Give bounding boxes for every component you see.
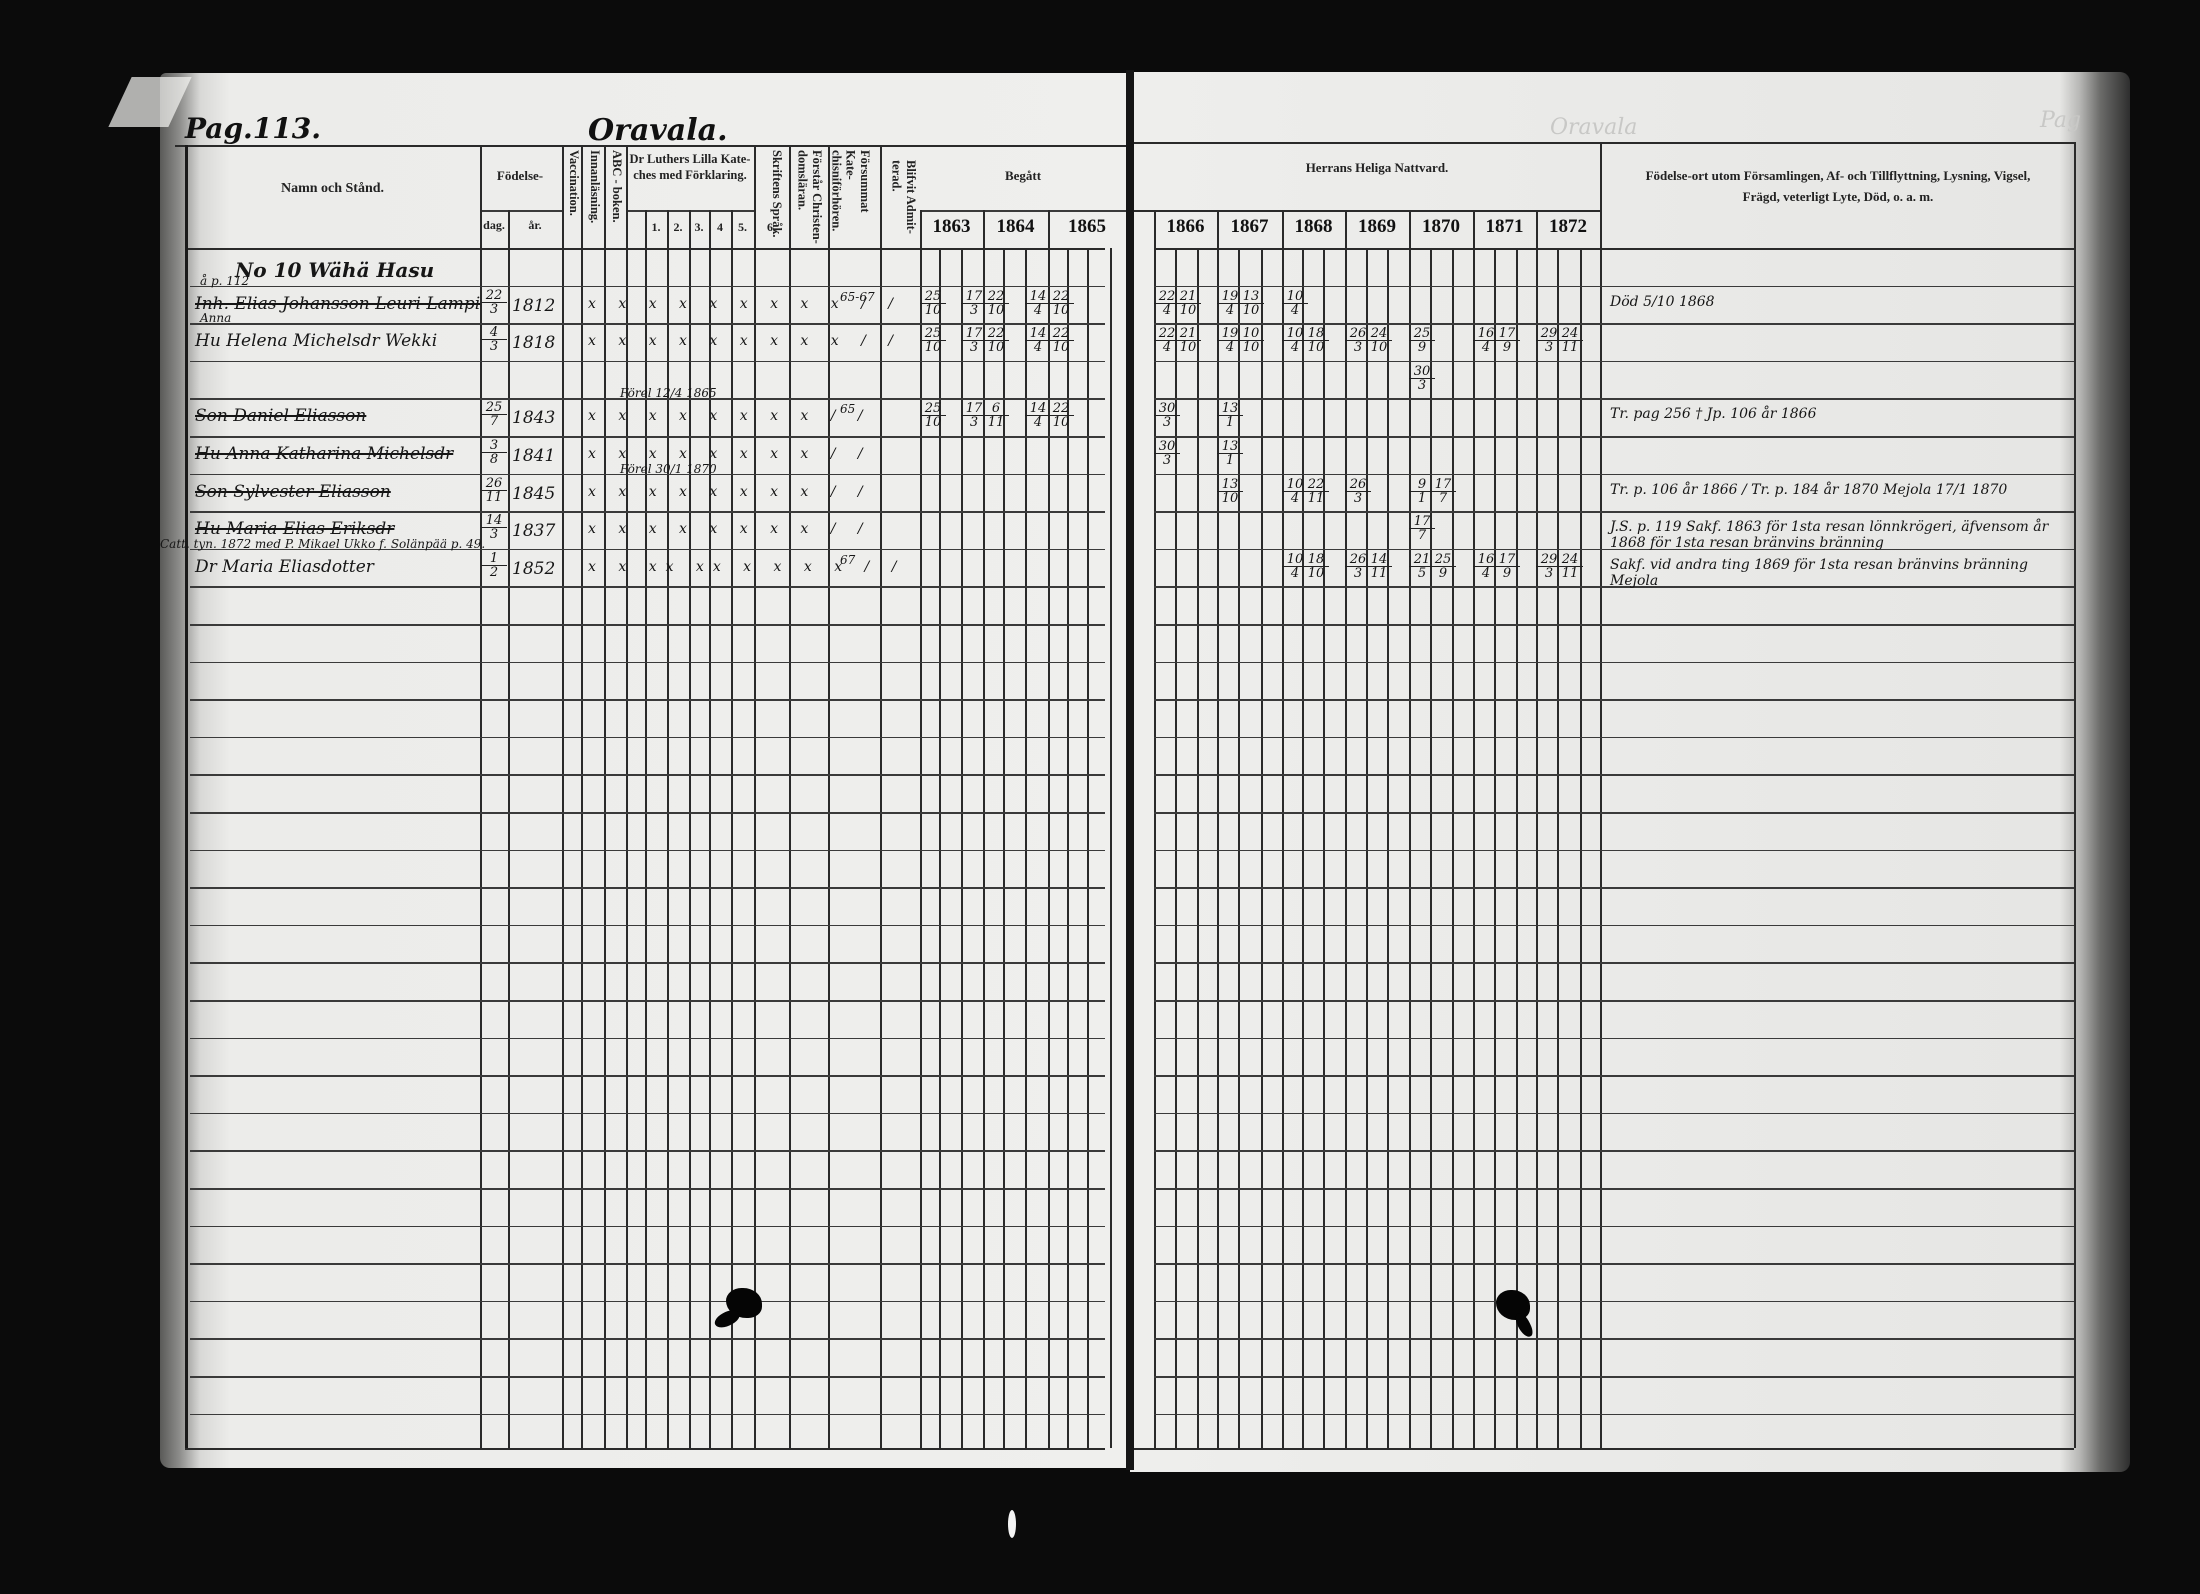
day: 26	[1345, 478, 1371, 492]
year-1870: 1870	[1409, 216, 1473, 238]
column-line	[1557, 248, 1559, 1448]
year-1866: 1866	[1154, 216, 1217, 238]
row-line	[1154, 511, 2074, 513]
header-innanlasning: Innanläsning.	[584, 150, 602, 245]
month: 1	[1217, 454, 1243, 467]
communion-date: 2210	[1048, 290, 1074, 317]
communion-date: 1010	[1238, 327, 1264, 354]
column-line	[1516, 248, 1518, 1448]
day: 14	[1366, 553, 1392, 567]
denominator: 3	[481, 340, 507, 353]
row-line	[1154, 1150, 2074, 1152]
day: 17	[1494, 327, 1520, 341]
month: 9	[1409, 341, 1435, 354]
row-line	[1154, 850, 2074, 852]
month: 10	[1303, 567, 1329, 580]
year-1863: 1863	[920, 216, 983, 238]
row-line	[190, 850, 1105, 852]
luther-col-3: 3.	[689, 220, 709, 235]
household-name: No 10 Wähä Hasu	[235, 258, 434, 282]
day: 22	[1048, 402, 1074, 416]
forsummat-years: 65-67	[840, 290, 875, 304]
column-line	[185, 145, 188, 1448]
communion-date: 1310	[1238, 290, 1264, 317]
header-skriftens: Skriftens Språk.	[762, 150, 784, 245]
communion-date: 611	[983, 402, 1009, 429]
column-line	[1110, 248, 1112, 1448]
column-line	[1494, 248, 1496, 1448]
header-birth: Födelse-	[480, 168, 560, 184]
bleed-through-text: Pag	[2040, 108, 2081, 133]
communion-date: 303	[1409, 365, 1435, 392]
communion-date: 1411	[1366, 553, 1392, 580]
row-line	[190, 1376, 1105, 1378]
day: 30	[1154, 440, 1180, 454]
birth-day: 2611	[481, 477, 507, 504]
day: 21	[1175, 327, 1201, 341]
day: 6	[983, 402, 1009, 416]
day: 22	[1048, 327, 1074, 341]
birth-year: 1812	[512, 296, 555, 316]
day: 25	[920, 402, 946, 416]
day: 10	[1238, 327, 1264, 341]
row-line	[1154, 1038, 2074, 1040]
column-line	[1197, 248, 1199, 1448]
numerator: 26	[481, 477, 507, 491]
birth-day: 223	[481, 289, 507, 316]
header-top-rule	[175, 145, 1126, 147]
column-line	[1387, 248, 1389, 1448]
day: 17	[1430, 478, 1456, 492]
column-line	[1087, 248, 1089, 1448]
row-line	[190, 1338, 1105, 1340]
year-1867: 1867	[1217, 216, 1282, 238]
day: 22	[983, 327, 1009, 341]
month: 3	[1154, 416, 1180, 429]
column-line	[1323, 248, 1325, 1448]
communion-date: 303	[1154, 440, 1180, 467]
communion-date: 131	[1217, 402, 1243, 429]
bleed-through-text: Oravala	[1550, 115, 1637, 140]
year-1869: 1869	[1345, 216, 1409, 238]
person-name: Son Daniel Eliasson	[195, 406, 366, 426]
communion-date: 2411	[1557, 553, 1583, 580]
birth-day: 43	[481, 326, 507, 353]
header-nattvard: Herrans Heliga Nattvard.	[1154, 160, 1600, 176]
catechism-marks: x x x x x x x x x / /	[588, 333, 902, 349]
row-line	[1154, 361, 2074, 363]
person-annotation: Förel 12/4 1865	[620, 386, 717, 400]
month: 9	[1494, 341, 1520, 354]
year-1871: 1871	[1473, 216, 1536, 238]
numerator: 3	[481, 439, 507, 453]
row-line	[190, 323, 1105, 325]
person-note: Tr. pag 256 † Jp. 106 år 1866	[1610, 406, 2070, 422]
month: 9	[1430, 567, 1456, 580]
denominator: 11	[481, 491, 507, 504]
communion-date: 303	[1154, 402, 1180, 429]
month: 10	[1175, 304, 1201, 317]
row-line	[190, 699, 1105, 701]
numerator: 1	[481, 552, 507, 566]
birth-subrule	[480, 210, 562, 212]
month: 10	[1303, 341, 1329, 354]
person-name: Son Sylvester Eliasson	[195, 482, 391, 502]
row-line	[190, 1301, 1105, 1303]
numerator: 14	[481, 514, 507, 528]
person-name: Dr Maria Eliasdotter	[195, 557, 374, 577]
communion-date: 177	[1430, 478, 1456, 505]
day: 18	[1303, 553, 1329, 567]
month: 10	[1175, 341, 1201, 354]
month: 10	[1048, 416, 1074, 429]
column-line	[1302, 248, 1304, 1448]
luther-col-2: 2.	[667, 220, 689, 235]
year-top-rule	[1134, 210, 1600, 212]
row-line	[190, 1075, 1105, 1077]
year-1865: 1865	[1048, 216, 1126, 238]
row-line	[1154, 436, 2074, 438]
row-line	[190, 812, 1105, 814]
communion-date: 2211	[1303, 478, 1329, 505]
row-line	[190, 286, 1105, 288]
row-line	[1154, 1376, 2074, 1378]
day: 25	[920, 327, 946, 341]
year-subrule	[920, 210, 1126, 212]
year-1864: 1864	[983, 216, 1048, 238]
month: 10	[1217, 492, 1243, 505]
row-line	[190, 925, 1105, 927]
day: 17	[1409, 515, 1435, 529]
row-line	[190, 1000, 1105, 1002]
row-line	[190, 1038, 1105, 1040]
denominator: 7	[481, 415, 507, 428]
communion-date: 131	[1217, 440, 1243, 467]
row-line	[190, 1150, 1105, 1152]
table-bottom-rule	[185, 1448, 1105, 1450]
notes-divider	[1600, 142, 1602, 1448]
birth-year: 1837	[512, 521, 555, 541]
day: 25	[920, 290, 946, 304]
month: 11	[1557, 567, 1583, 580]
book-spine	[1126, 70, 1134, 1470]
communion-date: 179	[1494, 327, 1520, 354]
row-line	[1154, 812, 2074, 814]
month: 11	[1366, 567, 1392, 580]
birth-year: 1841	[512, 446, 555, 466]
header-luther: Dr Luthers Lilla Kate- ches med Förklari…	[626, 152, 754, 183]
column-line	[562, 145, 564, 1448]
communion-date: 263	[1345, 478, 1371, 505]
catechism-marks: x x x x x x x x / /	[588, 446, 872, 462]
luther-col-5: 5.	[731, 220, 754, 235]
communion-date: 2410	[1366, 327, 1392, 354]
row-line	[1154, 1188, 2074, 1190]
numerator: 25	[481, 401, 507, 415]
header-abc: ABC - boken.	[606, 150, 624, 245]
row-line	[1154, 1301, 2074, 1303]
communion-date: 104	[1282, 290, 1308, 317]
communion-date: 2210	[1048, 327, 1074, 354]
header-forsummat: Försummat Kate- chisniförhören.	[836, 150, 872, 245]
row-line	[1154, 887, 2074, 889]
header-notes: Födelse-ort utom Församlingen, Af- och T…	[1602, 166, 2074, 208]
person-name: Hu Anna Katharina Michelsdr	[195, 444, 453, 464]
communion-date: 179	[1494, 553, 1520, 580]
person-name: Hu Helena Michelsdr Wekki	[195, 331, 437, 351]
denominator: 2	[481, 566, 507, 579]
month: 10	[983, 304, 1009, 317]
month: 4	[1282, 304, 1308, 317]
column-line	[2074, 142, 2076, 1448]
numerator: 4	[481, 326, 507, 340]
day: 13	[1217, 440, 1243, 454]
row-line	[190, 662, 1105, 664]
birth-year: 1818	[512, 333, 555, 353]
header-begatt: Begått	[920, 168, 1126, 184]
row-line	[190, 1188, 1105, 1190]
month: 1	[1217, 416, 1243, 429]
row-line	[190, 1414, 1105, 1416]
communion-date: 2110	[1175, 290, 1201, 317]
row-line	[1154, 474, 2074, 476]
row-line	[190, 436, 1105, 438]
right-page	[1130, 72, 2130, 1472]
person-annotation: å p. 112	[200, 274, 249, 288]
row-line	[1154, 398, 2074, 400]
row-line	[1154, 962, 2074, 964]
day: 10	[1282, 290, 1308, 304]
month: 7	[1409, 529, 1435, 542]
row-line	[1154, 624, 2074, 626]
day: 24	[1557, 553, 1583, 567]
month: 10	[1366, 341, 1392, 354]
communion-date: 2411	[1557, 327, 1583, 354]
month: 10	[920, 341, 946, 354]
catechism-marks: x x x x x x x x / /	[588, 521, 872, 537]
day: 13	[1238, 290, 1264, 304]
year-1872: 1872	[1536, 216, 1600, 238]
year-1868: 1868	[1282, 216, 1345, 238]
parish-title: Oravala.	[588, 113, 728, 148]
luther-col-1: 1.	[645, 220, 667, 235]
communion-date: 2110	[1175, 327, 1201, 354]
scan-artifact	[1008, 1510, 1016, 1538]
table-bottom-rule	[1134, 1448, 2074, 1450]
header-vaccination: Vaccination.	[563, 150, 581, 245]
day: 24	[1366, 327, 1392, 341]
person-note: Tr. p. 106 år 1866 / Tr. p. 184 år 1870 …	[1610, 482, 2070, 498]
birth-day: 12	[481, 552, 507, 579]
month: 9	[1494, 567, 1520, 580]
page-number: Pag.113.	[185, 112, 321, 145]
person-note: J.S. p. 119 Sakf. 1863 för 1sta resan lö…	[1610, 519, 2070, 551]
row-line	[190, 624, 1105, 626]
header-admitterad: Blifvit Admit- terad.	[886, 160, 918, 245]
row-line	[190, 774, 1105, 776]
person-annotation: Catt. tyn. 1872 med P. Mikael Ukko f. So…	[160, 537, 485, 551]
communion-date: 1810	[1303, 553, 1329, 580]
header-birth-day: dag.	[480, 218, 508, 233]
forsummat-years: 67	[840, 553, 855, 567]
month: 10	[1238, 341, 1264, 354]
day: 22	[983, 290, 1009, 304]
month: 3	[1409, 379, 1435, 392]
catechism-marks: x x x x x x x x / /	[588, 408, 872, 424]
communion-date: 177	[1409, 515, 1435, 542]
communion-date: 1810	[1303, 327, 1329, 354]
column-line	[1261, 248, 1263, 1448]
month: 10	[983, 341, 1009, 354]
day: 22	[1303, 478, 1329, 492]
day: 30	[1154, 402, 1180, 416]
day: 21	[1175, 290, 1201, 304]
row-line	[1154, 1263, 2074, 1265]
communion-date: 1310	[1217, 478, 1243, 505]
month: 10	[1238, 304, 1264, 317]
column-line	[1430, 248, 1432, 1448]
row-line	[1154, 323, 2074, 325]
communion-date: 2210	[983, 290, 1009, 317]
denominator: 3	[481, 303, 507, 316]
communion-date: 2210	[1048, 402, 1074, 429]
forsummat-years: 65	[840, 402, 855, 416]
person-annotation: Förel 30/1 1870	[620, 462, 717, 476]
header-forstar: Förstår Christen- domsläran.	[792, 150, 824, 245]
day: 25	[1430, 553, 1456, 567]
row-line	[190, 1263, 1105, 1265]
row-line	[190, 1226, 1105, 1228]
communion-date: 259	[1430, 553, 1456, 580]
row-line	[1154, 737, 2074, 739]
header-top-rule	[1134, 142, 2074, 144]
column-line	[1366, 248, 1368, 1448]
person-name: Inh. Elias Johansson Leuri Lampi	[195, 294, 480, 314]
month: 10	[920, 416, 946, 429]
birth-day: 257	[481, 401, 507, 428]
row-line	[1154, 1338, 2074, 1340]
row-line	[190, 737, 1105, 739]
catechism-marks: x x x x x x x x / /	[588, 484, 872, 500]
month: 10	[1048, 304, 1074, 317]
month: 3	[1345, 492, 1371, 505]
person-note: Död 5/10 1868	[1610, 294, 2070, 310]
row-line	[1154, 774, 2074, 776]
row-line	[190, 586, 1105, 588]
day: 17	[1494, 553, 1520, 567]
birth-year: 1852	[512, 559, 555, 579]
row-line	[1154, 1075, 2074, 1077]
header-birth-year: år.	[508, 218, 562, 233]
day: 13	[1217, 478, 1243, 492]
day: 18	[1303, 327, 1329, 341]
birth-year: 1845	[512, 484, 555, 504]
row-line	[1154, 286, 2074, 288]
row-line	[1154, 1113, 2074, 1115]
month: 11	[983, 416, 1009, 429]
denominator: 8	[481, 453, 507, 466]
day: 22	[1048, 290, 1074, 304]
row-line	[1154, 1226, 2074, 1228]
month: 7	[1430, 492, 1456, 505]
month: 3	[1154, 454, 1180, 467]
row-line	[190, 1113, 1105, 1115]
communion-date: 259	[1409, 327, 1435, 354]
row-line	[190, 361, 1105, 363]
month: 10	[1048, 341, 1074, 354]
header-name: Namn och Stånd.	[190, 180, 475, 198]
header-bottom-rule	[1154, 248, 2074, 250]
communion-date: 2510	[920, 290, 946, 317]
row-line	[1154, 699, 2074, 701]
numerator: 22	[481, 289, 507, 303]
person-note: Sakf. vid andra ting 1869 för 1sta resan…	[1610, 557, 2070, 589]
row-line	[1154, 925, 2074, 927]
person-annotation: Anna	[200, 311, 231, 325]
day: 13	[1217, 402, 1243, 416]
row-line	[190, 962, 1105, 964]
birth-year: 1843	[512, 408, 555, 428]
day: 24	[1557, 327, 1583, 341]
row-line	[190, 887, 1105, 889]
communion-date: 2510	[920, 402, 946, 429]
day: 30	[1409, 365, 1435, 379]
month: 11	[1557, 341, 1583, 354]
row-line	[1154, 1000, 2074, 1002]
month: 11	[1303, 492, 1329, 505]
row-line	[1154, 662, 2074, 664]
month: 10	[920, 304, 946, 317]
row-line	[1154, 1414, 2074, 1416]
luther-col-4: 4	[709, 220, 731, 235]
birth-day: 38	[481, 439, 507, 466]
communion-date: 2210	[983, 327, 1009, 354]
column-line	[1580, 248, 1582, 1448]
column-line	[581, 145, 583, 1448]
catechism-marks: x x xx xx x x x x / /	[588, 559, 905, 575]
column-line	[1452, 248, 1454, 1448]
communion-date: 2510	[920, 327, 946, 354]
day: 25	[1409, 327, 1435, 341]
row-line	[190, 511, 1105, 513]
